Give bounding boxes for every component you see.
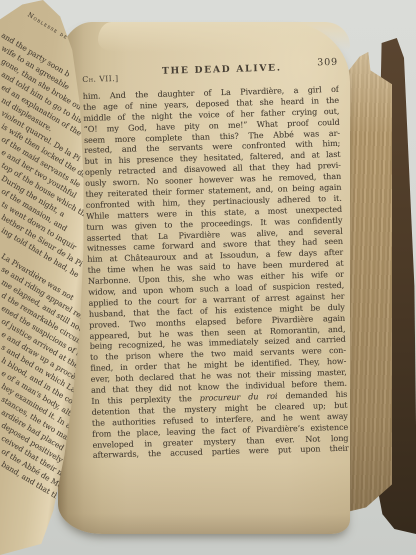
book-photograph: Ch. VII.] THE DEAD ALIVE. 309 him. And t… — [0, 0, 416, 555]
right-page: Ch. VII.] THE DEAD ALIVE. 309 him. And t… — [58, 22, 350, 534]
chapter-label: Ch. VII.] — [82, 74, 118, 84]
page-title: THE DEAD ALIVE. — [162, 62, 282, 76]
body-text: him. And the daughter of La Pivardière, … — [83, 84, 349, 461]
running-header: Ch. VII.] THE DEAD ALIVE. 309 — [82, 61, 338, 79]
italic-phrase: procureur du roi — [200, 391, 278, 403]
page-number: 309 — [317, 57, 338, 69]
right-page-content: Ch. VII.] THE DEAD ALIVE. 309 him. And t… — [82, 61, 349, 461]
text-segment: demanded his — [277, 389, 347, 401]
